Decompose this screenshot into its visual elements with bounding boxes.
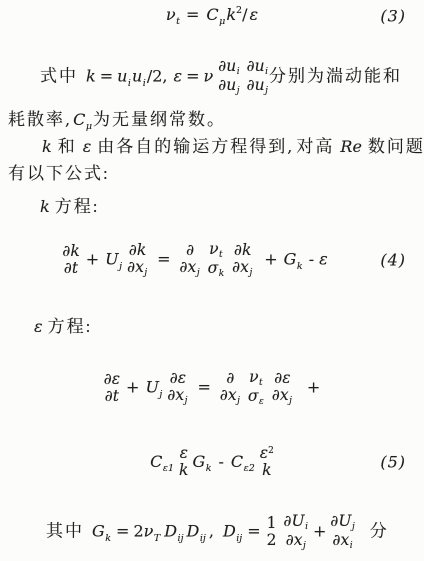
paper-page: νt=Cμk2/ε (3) 式中k=uiui/2,ε=ν∂ui∂uj∂ui∂uj… bbox=[0, 0, 424, 561]
equation-3-formula: νt=Cμk2/ε bbox=[166, 5, 258, 27]
para-formulas-follow-text: 有以下公式: bbox=[8, 159, 110, 184]
para-variables-definition: 式中k=uiui/2,ε=ν∂ui∂uj∂ui∂uj分别为湍动能和 bbox=[0, 54, 424, 100]
para-transport-intro: k和ε由各自的输运方程得到,对高Re数问题 bbox=[0, 132, 424, 156]
para-variables-definition-text: 式中k=uiui/2,ε=ν∂ui∂uj∂ui∂uj分别为湍动能和 bbox=[40, 58, 402, 96]
equation-5-line2: Cε1εkGk-Cε2ε2k (5) bbox=[0, 436, 424, 488]
equation-5-line2-formula: Cε1εkGk-Cε2ε2k bbox=[150, 445, 274, 480]
equation-3-number: (3) bbox=[380, 6, 406, 25]
para-gk-definition: 其中Gk=2νTDijDij,Dij=12∂Ui∂xj+∂Uj∂xi分 bbox=[0, 506, 424, 558]
k-equation-label: k方程: bbox=[0, 192, 424, 216]
equation-5-line1-formula: ∂ε∂t+Uj∂ε∂xj=∂∂xjνtσε∂ε∂xj+ bbox=[104, 369, 321, 407]
equation-4: ∂k∂t+Uj∂k∂xj=∂∂xjνtσk∂k∂xj+Gk-ε (4) bbox=[0, 234, 424, 286]
equation-5-line1: ∂ε∂t+Uj∂ε∂xj=∂∂xjνtσε∂ε∂xj+ bbox=[0, 362, 424, 414]
equation-4-formula: ∂k∂t+Uj∂k∂xj=∂∂xjνtσk∂k∂xj+Gk-ε bbox=[62, 241, 327, 279]
equation-4-number: (4) bbox=[380, 251, 406, 270]
equation-3: νt=Cμk2/ε (3) bbox=[0, 2, 424, 29]
k-equation-label-text: k方程: bbox=[40, 192, 99, 217]
epsilon-equation-label: ε方程: bbox=[0, 312, 424, 336]
para-transport-intro-text: k和ε由各自的输运方程得到,对高Re数问题 bbox=[42, 132, 424, 157]
para-dissipation-constant-text: 耗散率,Cμ为无量纲常数。 bbox=[8, 105, 226, 132]
para-gk-definition-text: 其中Gk=2νTDijDij,Dij=12∂Ui∂xj+∂Uj∂xi分 bbox=[46, 513, 389, 551]
para-dissipation-constant: 耗散率,Cμ为无量纲常数。 bbox=[0, 106, 424, 130]
equation-5-number: (5) bbox=[380, 453, 406, 472]
epsilon-equation-label-text: ε方程: bbox=[34, 312, 92, 337]
para-formulas-follow: 有以下公式: bbox=[0, 159, 424, 183]
